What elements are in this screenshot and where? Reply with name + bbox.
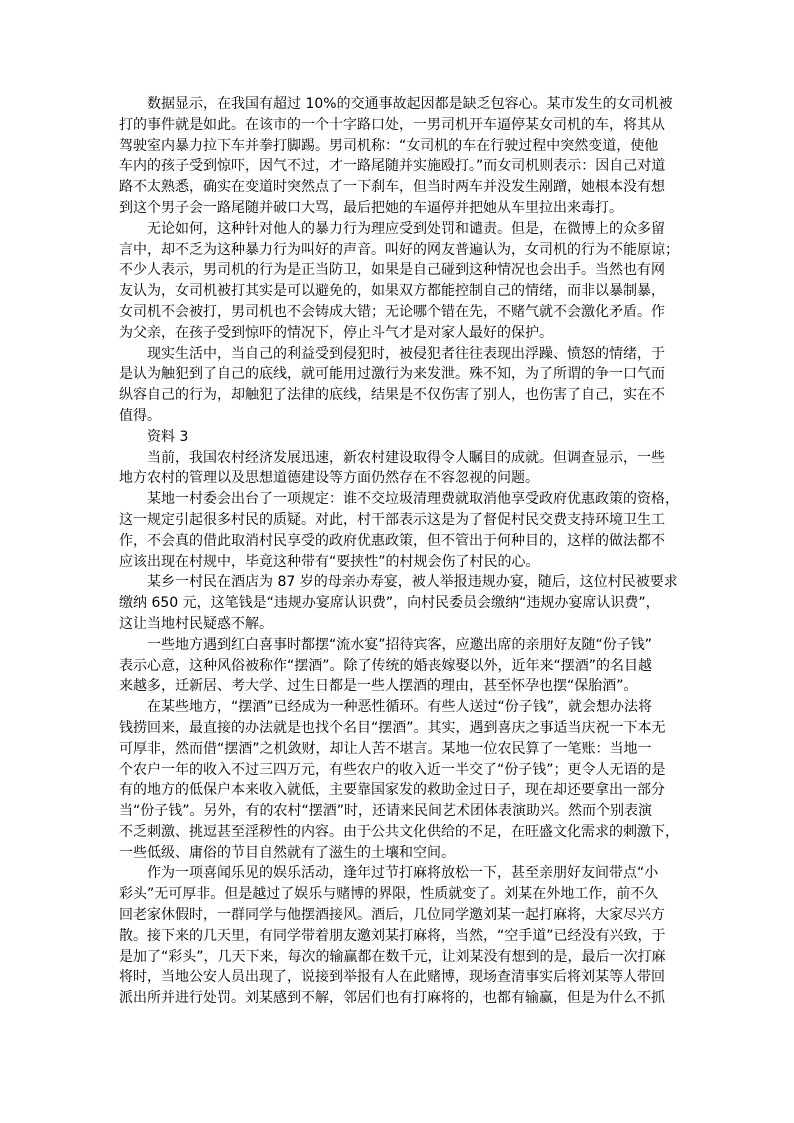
document-body: 数据显示，在我国有超过 10%的交通事故起因都是缺乏包容心。某市发生的女司机被 …: [119, 94, 679, 1009]
document-page: 数据显示，在我国有超过 10%的交通事故起因都是缺乏包容心。某市发生的女司机被 …: [0, 0, 794, 1123]
text-line: 当“份子钱”。另外，有的农村“摆酒”时，还请来民间艺术团体表演助兴。然而个别表演: [119, 801, 679, 822]
text-line: 彩头”无可厚非。但是越过了娱乐与赌博的界限，性质就变了。刘某在外地工作，前不久: [119, 884, 679, 905]
text-line: 数据显示，在我国有超过 10%的交通事故起因都是缺乏包容心。某市发生的女司机被: [119, 94, 679, 115]
paragraph-vicious-cycle: 在某些地方，“摆酒”已经成为一种恶性循环。有些人送过“份子钱”，就会想办法将 钱…: [119, 697, 679, 863]
text-line: 作为一项喜闻乐见的娱乐活动，逢年过节打麻将放松一下，甚至亲朋好友间带点“小: [119, 863, 679, 884]
text-line: 值得。: [119, 406, 679, 427]
text-line: 现实生活中，当自己的利益受到侵犯时，被侵犯者往往表现出浮躁、愤怒的情绪，于: [119, 344, 679, 365]
paragraph-village-rule: 某地一村委会出台了一项规定：谁不交垃圾清理费就取消他享受政府优惠政策的资格， 这…: [119, 489, 679, 572]
text-line: 言中，却不乏为这种暴力行为叫好的声音。叫好的网友普遍认为，女司机的行为不能原谅；: [119, 240, 679, 261]
text-line: 个农户一年的收入不过三四万元，有些农户的收入近一半交了“份子钱”；更令人无语的是: [119, 760, 679, 781]
text-line: 表示心意，这种风俗被称作“摆酒”。除了传统的婚丧嫁娶以外，近年来“摆酒”的名目越: [119, 656, 679, 677]
text-line: 钱捞回来，最直接的办法就是也找个名目“摆酒”。其实，遇到喜庆之事适当庆祝一下本无: [119, 718, 679, 739]
text-line: 纵容自己的行为，却触犯了法律的底线，结果是不仅伤害了别人，也伤害了自己，实在不: [119, 385, 679, 406]
text-line: 当前，我国农村经济发展迅速，新农村建设取得令人瞩目的成就。但调查显示，一些: [119, 448, 679, 469]
text-line: 这一规定引起很多村民的质疑。对此，村干部表示这是为了督促村民交费支持环境卫生工: [119, 510, 679, 531]
text-line: 驾驶室内暴力拉下车并拳打脚踢。男司机称：“女司机的车在行驶过程中突然变道，使他: [119, 136, 679, 157]
text-line: 地方农村的管理以及思想道德建设等方面仍然存在不容忽视的问题。: [119, 468, 679, 489]
section-heading: 资料 3: [119, 427, 679, 448]
text-line: 有的地方的低保户本来收入就低，主要靠国家发的救助金过日子，现在却还要拿出一部分: [119, 780, 679, 801]
text-line: 不乏刺激、挑逗甚至淫秽性的内容。由于公共文化供给的不足，在旺盛文化需求的刺激下，: [119, 822, 679, 843]
text-line: 无论如何，这种针对他人的暴力行为理应受到处罚和谴责。但是，在微博上的众多留: [119, 219, 679, 240]
text-line: 打的事件就是如此。在该市的一个十字路口处，一男司机开车逼停某女司机的车，将其从: [119, 115, 679, 136]
paragraph-mahjong-gambling: 作为一项喜闻乐见的娱乐活动，逢年过节打麻将放松一下，甚至亲朋好友间带点“小 彩头…: [119, 863, 679, 1009]
text-line: 某地一村委会出台了一项规定：谁不交垃圾清理费就取消他享受政府优惠政策的资格，: [119, 489, 679, 510]
paragraph-real-life: 现实生活中，当自己的利益受到侵犯时，被侵犯者往往表现出浮躁、愤怒的情绪，于 是认…: [119, 344, 679, 427]
text-line: 将时，当地公安人员出现了，说接到举报有人在此赌博，现场查清事实后将刘某等人带回: [119, 967, 679, 988]
text-line: 应该出现在村规中，毕竟这种带有“要挟性”的村规会伤了村民的心。: [119, 552, 679, 573]
text-line: 不少人表示，男司机的行为是正当防卫，如果是自己碰到这种情况也会出手。当然也有网: [119, 260, 679, 281]
text-line: 为父亲，在孩子受到惊吓的情况下，停止斗气才是对家人最好的保护。: [119, 323, 679, 344]
text-line: 一些地方遇到红白喜事时都摆“流水宴”招待宾客，应邀出席的亲朋好友随“份子钱”: [119, 635, 679, 656]
text-line: 可厚非，然而借“摆酒”之机敛财，却让人苦不堪言。某地一位农民算了一笔账：当地一: [119, 739, 679, 760]
text-line: 作，不会真的借此取消村民享受的政府优惠政策，但不管出于何种目的，这样的做法都不: [119, 531, 679, 552]
paragraph-online-comments: 无论如何，这种针对他人的暴力行为理应受到处罚和谴责。但是，在微博上的众多留 言中…: [119, 219, 679, 344]
text-line: 来越多，迁新居、考大学、过生日都是一些人摆酒的理由，甚至怀孕也摆“保胎酒”。: [119, 676, 679, 697]
paragraph-banquet-custom: 一些地方遇到红白喜事时都摆“流水宴”招待宾客，应邀出席的亲朋好友随“份子钱” 表…: [119, 635, 679, 697]
text-line: 在某些地方，“摆酒”已经成为一种恶性循环。有些人送过“份子钱”，就会想办法将: [119, 697, 679, 718]
paragraph-rural-development: 当前，我国农村经济发展迅速，新农村建设取得令人瞩目的成就。但调查显示，一些 地方…: [119, 448, 679, 490]
text-line: 车内的孩子受到惊吓，因气不过，才一路尾随并实施殴打。”而女司机则表示：因自己对道: [119, 156, 679, 177]
text-line: 这让当地村民疑惑不解。: [119, 614, 679, 635]
text-line: 是认为触犯到了自己的底线，就可能用过激行为来发泄。殊不知，为了所谓的争一口气而: [119, 364, 679, 385]
text-line: 某乡一村民在酒店为 87 岁的母亲办寿宴，被人举报违规办宴，随后，这位村民被要求: [119, 572, 679, 593]
text-line: 一些低级、庸俗的节目自然就有了滋生的土壤和空间。: [119, 843, 679, 864]
text-line: 友认为，女司机被打其实是可以避免的，如果双方都能控制自己的情绪，而非以暴制暴，: [119, 281, 679, 302]
text-line: 回老家休假时，一群同学与他摆酒接风。酒后，几位同学邀刘某一起打麻将，大家尽兴方: [119, 905, 679, 926]
text-line: 是加了“彩头”，几天下来，每次的输赢都在数千元，让刘某没有想到的是，最后一次打麻: [119, 947, 679, 968]
paragraph-road-rage-data: 数据显示，在我国有超过 10%的交通事故起因都是缺乏包容心。某市发生的女司机被 …: [119, 94, 679, 219]
section-heading-material-3: 资料 3: [119, 427, 679, 448]
text-line: 散。接下来的几天里，有同学带着朋友邀刘某打麻将，当然，“空手道”已经没有兴致，于: [119, 926, 679, 947]
paragraph-birthday-banquet: 某乡一村民在酒店为 87 岁的母亲办寿宴，被人举报违规办宴，随后，这位村民被要求…: [119, 572, 679, 634]
text-line: 路不太熟悉，确实在变道时突然点了一下刹车，但当时两车并没发生剐蹭，她根本没有想: [119, 177, 679, 198]
text-line: 到这个男子会一路尾随并破口大骂，最后把她的车逼停并把她从车里拉出来毒打。: [119, 198, 679, 219]
text-line: 派出所并进行处罚。刘某感到不解，邻居们也有打麻将的，也都有输赢，但是为什么不抓: [119, 988, 679, 1009]
text-line: 女司机不会被打，男司机也不会铸成大错；无论哪个错在先，不赌气就不会激化矛盾。作: [119, 302, 679, 323]
text-line: 缴纳 650 元，这笔钱是“违规办宴席认识费”，向村民委员会缴纳“违规办宴席认识…: [119, 593, 679, 614]
